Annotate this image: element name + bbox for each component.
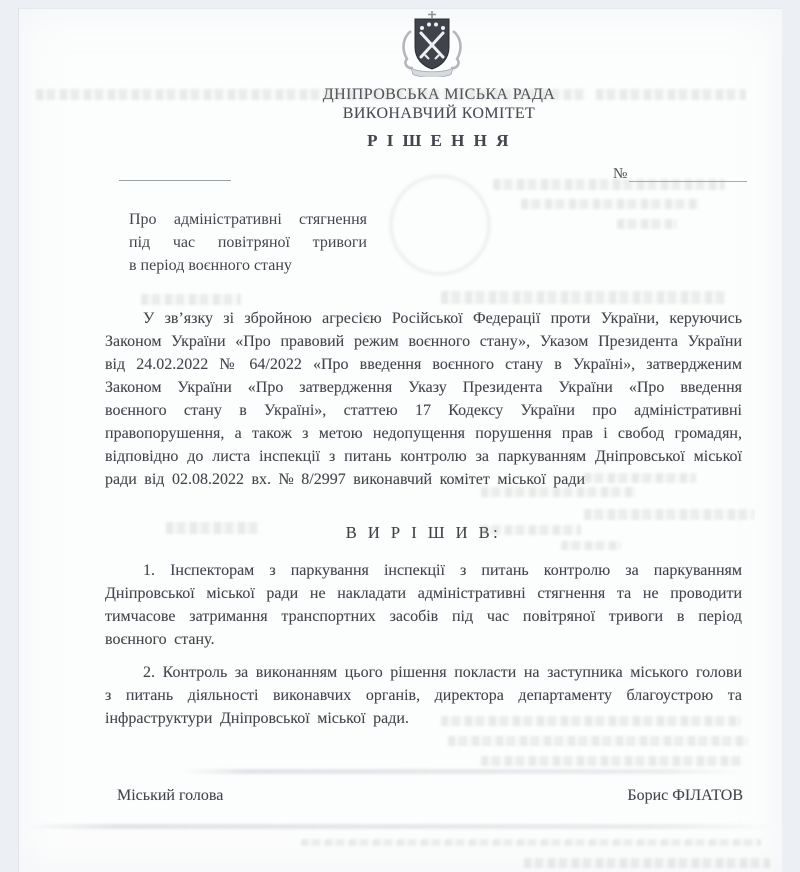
scanned-decision-document: ДНІПРОВСЬКА МІСЬКА РАДА ВИКОНАВЧИЙ КОМІТ…: [0, 0, 800, 872]
bleed-through-mark: [448, 736, 748, 746]
resolution-item-text: 1. Інспекторам з паркування інспекції з …: [105, 559, 742, 651]
bleed-through-mark: [524, 858, 770, 868]
bleed-through-stamp: [390, 175, 490, 275]
bleed-through-mark: [481, 487, 636, 497]
bleed-through-mark: [141, 294, 241, 305]
document-subject: Про адміністративні стягнення під час по…: [129, 208, 367, 277]
bleed-through-mark: [561, 541, 621, 550]
document-type-title: Р І Ш Е Н Н Я: [119, 131, 759, 151]
bleed-through-mark: [596, 89, 746, 100]
document-page: ДНІПРОВСЬКА МІСЬКА РАДА ВИКОНАВЧИЙ КОМІТ…: [18, 8, 782, 872]
subject-line: під час повітряної тривоги: [129, 231, 367, 254]
signatory-position: Міський голова: [117, 787, 223, 805]
bleed-through-mark: [617, 219, 677, 229]
signature-row: Міський голова Борис ФІЛАТОВ: [117, 787, 743, 805]
subject-line: в період воєнного стану: [129, 254, 367, 277]
bleed-through-mark: [301, 839, 761, 846]
dnipro-coat-of-arms-icon: [395, 11, 469, 77]
date-blank-line: [119, 179, 231, 181]
bleed-through-mark: [166, 522, 258, 534]
bleed-through-mark: [493, 179, 725, 190]
bleed-through-mark: [584, 473, 696, 483]
preamble-block: У зв’язку зі збройною агресією Російсько…: [105, 307, 742, 491]
resolution-item-1: 1. Інспекторам з паркування інспекції з …: [105, 559, 742, 651]
bleed-through-mark: [521, 199, 699, 209]
organization-unit: ВИКОНАВЧИЙ КОМІТЕТ: [119, 104, 759, 123]
signatory-name: Борис ФІЛАТОВ: [627, 787, 743, 805]
bleed-through-mark: [36, 89, 586, 100]
bleed-through-mark: [441, 716, 741, 726]
bleed-through-mark: [584, 509, 754, 520]
bleed-through-mark: [481, 756, 743, 766]
preamble-paragraph: У зв’язку зі збройною агресією Російсько…: [105, 307, 742, 491]
bleed-through-mark: [481, 525, 581, 535]
paper-crease-line: [26, 824, 776, 829]
subject-line: Про адміністративні стягнення: [129, 208, 367, 231]
paper-crease-line: [181, 769, 741, 774]
bleed-through-mark: [441, 291, 726, 304]
